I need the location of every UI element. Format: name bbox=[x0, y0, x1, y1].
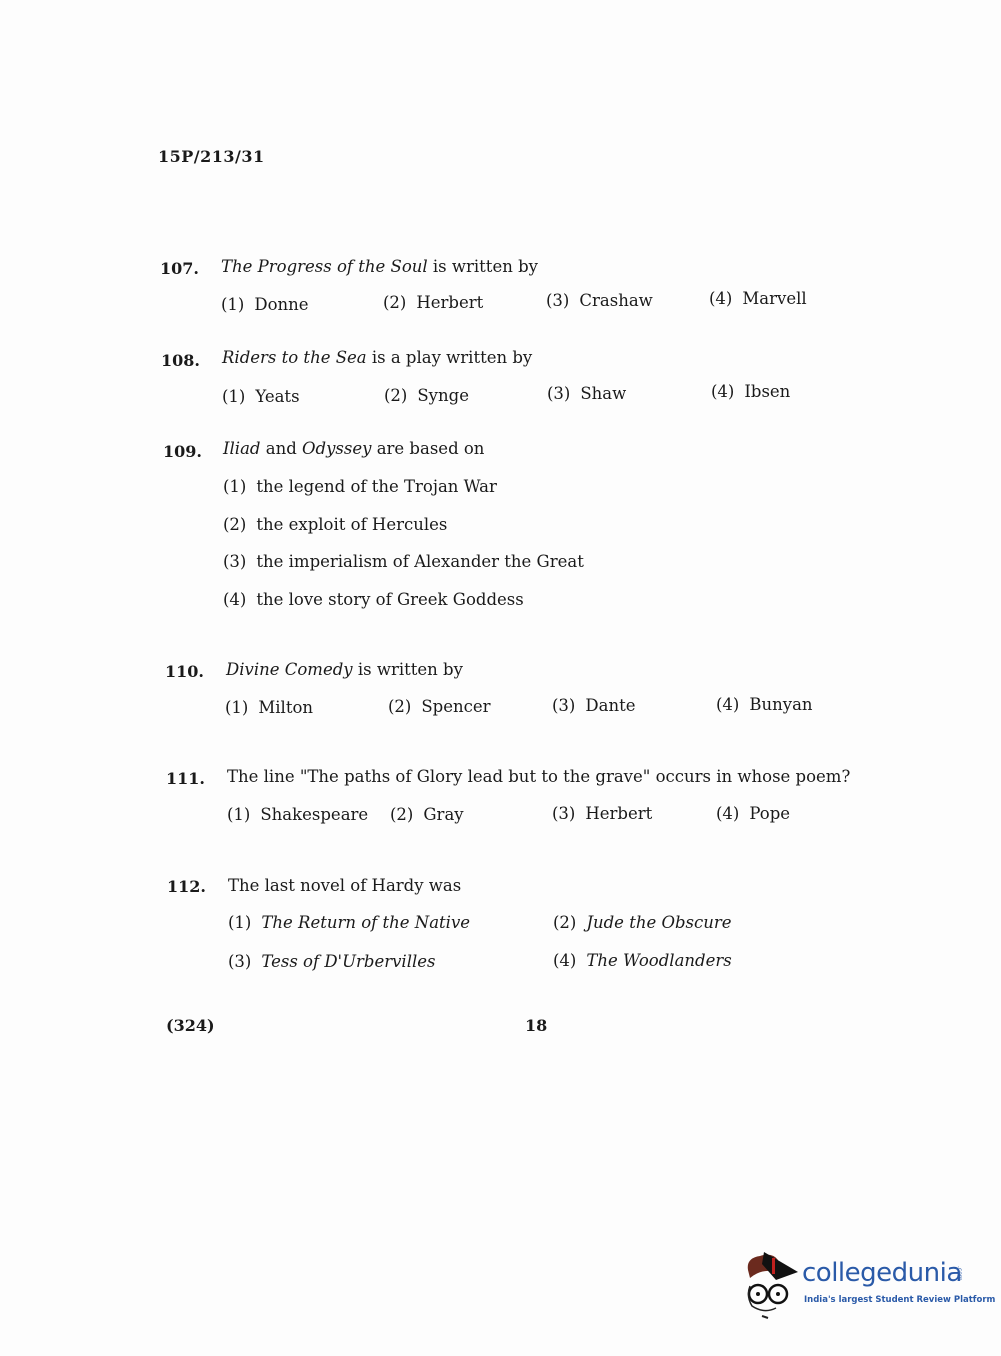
option-3[interactable]: (3)Crashaw bbox=[546, 291, 653, 310]
question-stem: Iliad and Odyssey are based on bbox=[223, 439, 484, 458]
option-4[interactable]: (4)the love story of Greek Goddess bbox=[223, 590, 524, 609]
stem-part: is written by bbox=[428, 257, 538, 276]
option-4[interactable]: (4)The Woodlanders bbox=[553, 951, 732, 970]
option-4[interactable]: (4)Ibsen bbox=[711, 382, 790, 401]
stem-part: Odyssey bbox=[302, 439, 371, 458]
question-stem: Divine Comedy is written by bbox=[226, 660, 463, 679]
option-3[interactable]: (3)the imperialism of Alexander the Grea… bbox=[223, 552, 584, 571]
option-4[interactable]: (4)Pope bbox=[716, 804, 790, 823]
question-number: 107. bbox=[160, 259, 199, 278]
brand-name: collegedunia bbox=[802, 1258, 962, 1288]
stem-part: The last novel of Hardy was bbox=[228, 876, 461, 895]
stem-part: Riders to the Sea bbox=[222, 348, 367, 367]
option-2[interactable]: (2)Jude the Obscure bbox=[553, 913, 732, 932]
option-1[interactable]: (1)Donne bbox=[221, 295, 309, 314]
question-stem: The Progress of the Soul is written by bbox=[221, 257, 538, 276]
collegedunia-watermark: collegedunia .com India's largest Studen… bbox=[742, 1250, 972, 1322]
question-number: 109. bbox=[163, 442, 202, 461]
brand-tagline: India's largest Student Review Platform bbox=[804, 1295, 995, 1305]
stem-part: The line "The paths of Glory lead but to… bbox=[227, 767, 850, 786]
stem-part: Iliad bbox=[223, 439, 260, 458]
question-number: 110. bbox=[165, 662, 204, 681]
option-3[interactable]: (3)Dante bbox=[552, 696, 635, 715]
option-4[interactable]: (4)Marvell bbox=[709, 289, 807, 308]
question-number: 111. bbox=[166, 769, 205, 788]
stem-part: Divine Comedy bbox=[226, 660, 353, 679]
stem-part: and bbox=[260, 439, 302, 458]
option-3[interactable]: (3)Herbert bbox=[552, 804, 652, 823]
option-1[interactable]: (1)The Return of the Native bbox=[228, 913, 470, 932]
option-2[interactable]: (2)Spencer bbox=[388, 697, 491, 716]
stem-part: are based on bbox=[371, 439, 484, 458]
mascot-icon bbox=[742, 1250, 802, 1320]
question-number: 112. bbox=[167, 877, 206, 896]
question-stem: The line "The paths of Glory lead but to… bbox=[227, 767, 850, 786]
option-2[interactable]: (2)Synge bbox=[384, 386, 469, 405]
question-stem: Riders to the Sea is a play written by bbox=[222, 348, 532, 367]
stem-part: The Progress of the Soul bbox=[221, 257, 428, 276]
page-number: 18 bbox=[525, 1016, 547, 1035]
option-4[interactable]: (4)Bunyan bbox=[716, 695, 813, 714]
brand-suffix: .com bbox=[956, 1266, 963, 1281]
stem-part: is written by bbox=[353, 660, 463, 679]
option-2[interactable]: (2)Herbert bbox=[383, 293, 483, 312]
option-3[interactable]: (3)Tess of D'Urbervilles bbox=[228, 952, 436, 971]
question-stem: The last novel of Hardy was bbox=[228, 876, 461, 895]
option-1[interactable]: (1)Shakespeare bbox=[227, 805, 368, 824]
option-3[interactable]: (3)Shaw bbox=[547, 384, 626, 403]
stem-part: is a play written by bbox=[367, 348, 533, 367]
option-1[interactable]: (1)Yeats bbox=[222, 387, 300, 406]
option-2[interactable]: (2)the exploit of Hercules bbox=[223, 515, 447, 534]
option-1[interactable]: (1)the legend of the Trojan War bbox=[223, 477, 497, 496]
question-number: 108. bbox=[161, 351, 200, 370]
option-1[interactable]: (1)Milton bbox=[225, 698, 313, 717]
option-2[interactable]: (2)Gray bbox=[390, 805, 464, 824]
paper-code: 15P/213/31 bbox=[158, 147, 265, 166]
booklet-code: (324) bbox=[166, 1016, 215, 1035]
